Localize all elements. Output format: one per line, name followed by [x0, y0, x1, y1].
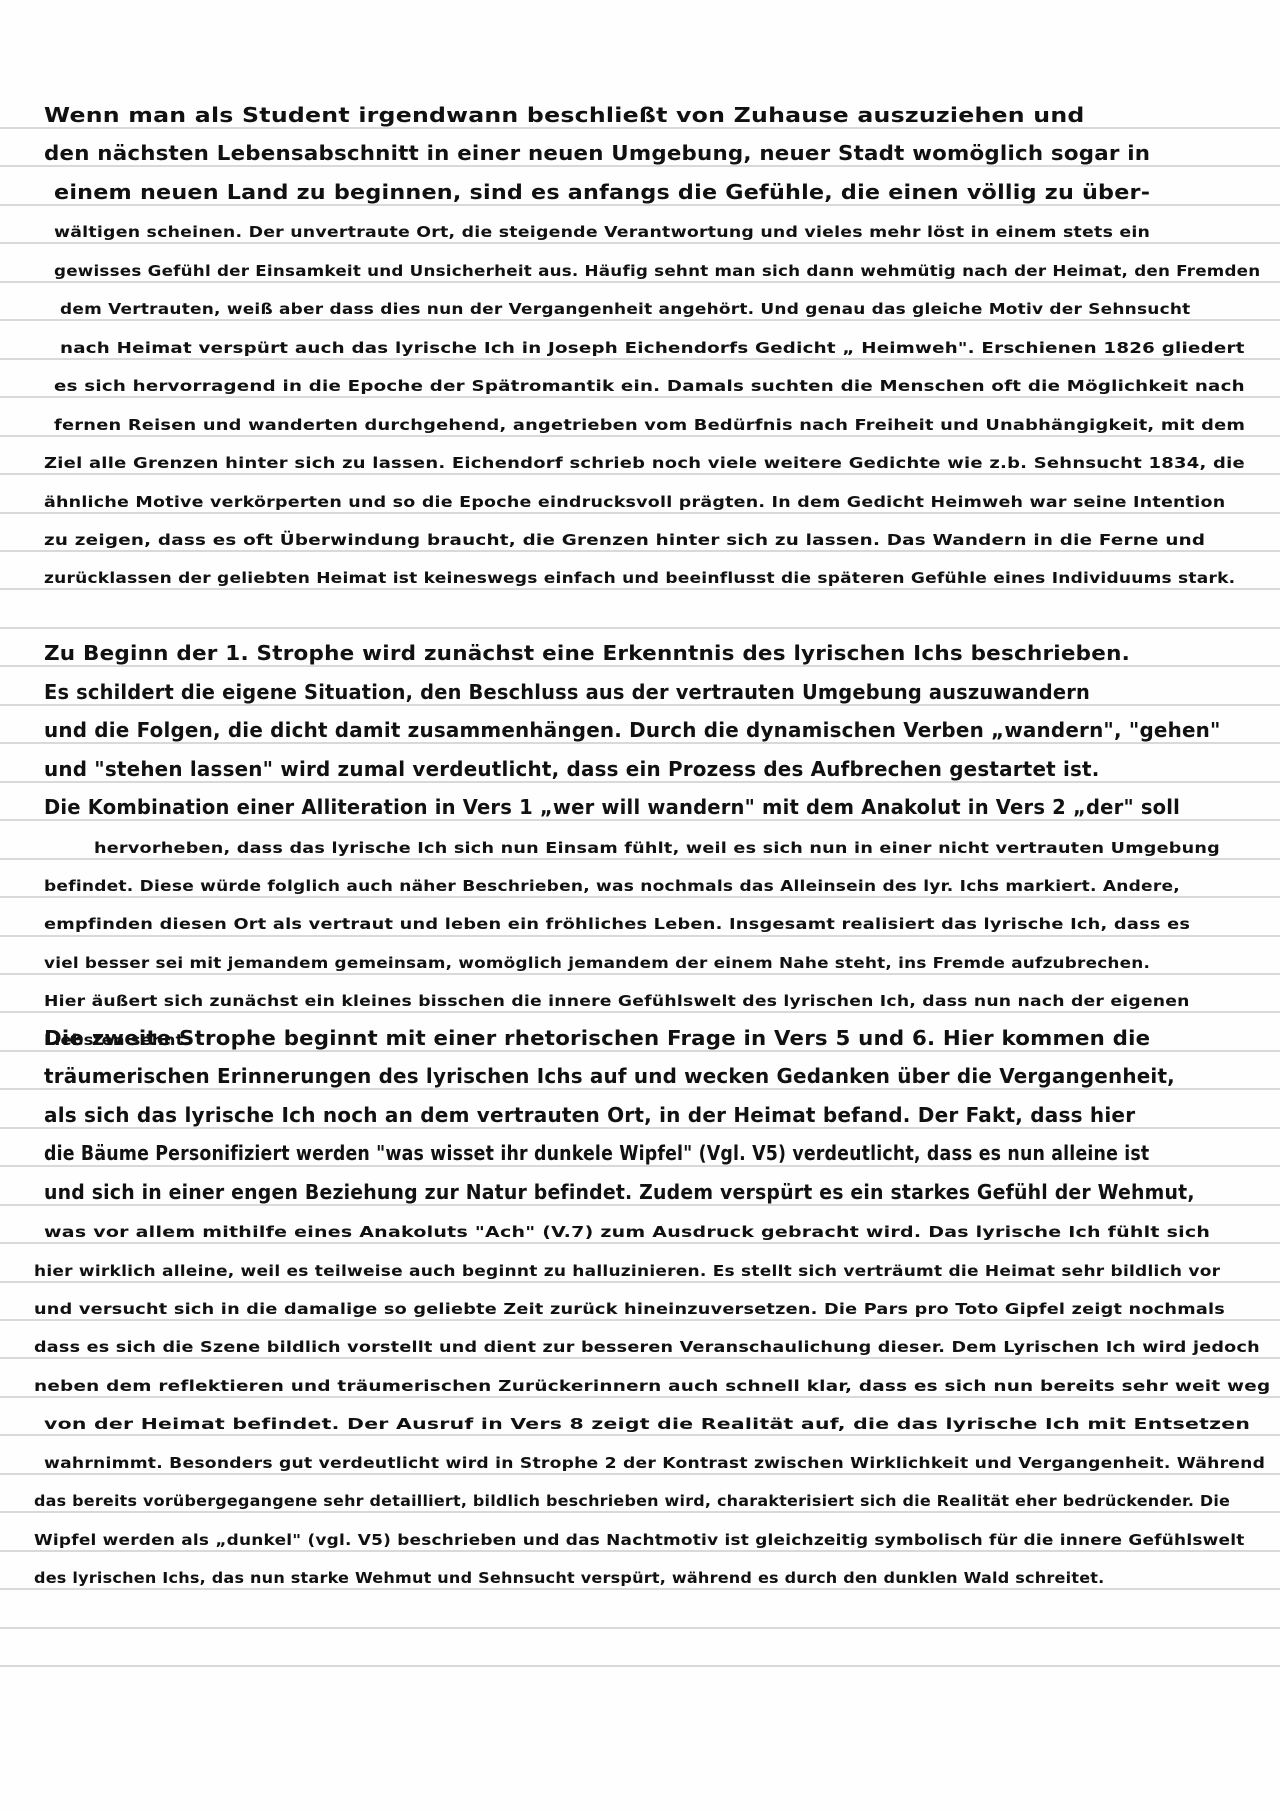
essay-line: die Bäume Personifiziert werden "was wis… [44, 1143, 1149, 1163]
ruled-line [0, 1050, 1280, 1052]
ruled-line [0, 281, 1280, 283]
ruled-line [0, 742, 1280, 744]
essay-line: und versucht sich in die damalige so gel… [34, 1302, 1225, 1317]
ruled-line [0, 204, 1280, 206]
ruled-line [0, 627, 1280, 629]
ruled-line [0, 973, 1280, 975]
essay-line: es sich hervorragend in die Epoche der S… [54, 379, 1245, 394]
ruled-line [0, 435, 1280, 437]
ruled-line [0, 165, 1280, 167]
essay-line: hier wirklich alleine, weil es teilweise… [34, 1264, 1220, 1279]
ruled-line [0, 358, 1280, 360]
notebook-page: Wenn man als Student irgendwann beschlie… [0, 0, 1280, 1811]
ruled-line [0, 242, 1280, 244]
essay-line: befindet. Diese würde folglich auch nähe… [44, 879, 1180, 894]
ruled-line [0, 1434, 1280, 1436]
ruled-line [0, 127, 1280, 129]
essay-line: fernen Reisen und wanderten durchgehend,… [54, 418, 1245, 433]
ruled-line [0, 1011, 1280, 1013]
essay-line: Ziel alle Grenzen hinter sich zu lassen.… [44, 456, 1245, 471]
ruled-line [0, 396, 1280, 398]
ruled-line [0, 588, 1280, 590]
essay-line: und sich in einer engen Beziehung zur Na… [44, 1182, 1195, 1202]
ruled-line [0, 1088, 1280, 1090]
essay-line: viel besser sei mit jemandem gemeinsam, … [44, 956, 1150, 971]
essay-line: Die zweite Strophe beginnt mit einer rhe… [44, 1028, 1150, 1048]
ruled-line [0, 896, 1280, 898]
ruled-line [0, 1627, 1280, 1629]
essay-line: des lyrischen Ichs, das nun starke Wehmu… [34, 1571, 1105, 1586]
ruled-line [0, 1473, 1280, 1475]
ruled-line [0, 512, 1280, 514]
essay-line: nach Heimat verspürt auch das lyrische I… [60, 341, 1245, 356]
essay-line: dem Vertrauten, weiß aber dass dies nun … [60, 302, 1190, 317]
ruled-line [0, 1511, 1280, 1513]
essay-line: Zu Beginn der 1. Strophe wird zunächst e… [44, 643, 1130, 663]
ruled-line [0, 781, 1280, 783]
ruled-line [0, 665, 1280, 667]
ruled-line [0, 935, 1280, 937]
essay-line: zu zeigen, dass es oft Überwindung brauc… [44, 533, 1205, 548]
essay-line: den nächsten Lebensabschnitt in einer ne… [44, 143, 1150, 163]
ruled-line [0, 1127, 1280, 1129]
ruled-line [0, 1204, 1280, 1206]
essay-line: empfinden diesen Ort als vertraut und le… [44, 917, 1190, 932]
ruled-line [0, 1588, 1280, 1590]
essay-line: und die Folgen, die dicht damit zusammen… [44, 720, 1221, 740]
essay-line: hervorheben, dass das lyrische Ich sich … [94, 841, 1220, 856]
essay-line: Wenn man als Student irgendwann beschlie… [44, 105, 1085, 125]
essay-line: träumerischen Erinnerungen des lyrischen… [44, 1066, 1175, 1086]
essay-line: Wipfel werden als „dunkel" (vgl. V5) bes… [34, 1533, 1245, 1548]
ruled-line [0, 819, 1280, 821]
ruled-line [0, 858, 1280, 860]
ruled-line [0, 704, 1280, 706]
ruled-line [0, 1165, 1280, 1167]
ruled-line [0, 1357, 1280, 1359]
essay-line: wahrnimmt. Besonders gut verdeutlicht wi… [44, 1456, 1265, 1471]
essay-line: was vor allem mithilfe eines Anakoluts "… [44, 1225, 1210, 1240]
ruled-line [0, 1550, 1280, 1552]
ruled-line [0, 1319, 1280, 1321]
essay-line: gewisses Gefühl der Einsamkeit und Unsic… [54, 264, 1260, 279]
ruled-line [0, 1396, 1280, 1398]
essay-line: und "stehen lassen" wird zumal verdeutli… [44, 759, 1100, 779]
essay-line: dass es sich die Szene bildlich vorstell… [34, 1340, 1260, 1355]
essay-line: von der Heimat befindet. Der Ausruf in V… [44, 1417, 1250, 1432]
essay-line: wältigen scheinen. Der unvertraute Ort, … [54, 225, 1150, 240]
ruled-line [0, 550, 1280, 552]
ruled-line [0, 473, 1280, 475]
ruled-line [0, 319, 1280, 321]
essay-line: ähnliche Motive verkörperten und so die … [44, 495, 1225, 510]
ruled-line [0, 1281, 1280, 1283]
essay-line: als sich das lyrische Ich noch an dem ve… [44, 1105, 1135, 1125]
essay-line: Die Kombination einer Alliteration in Ve… [44, 797, 1180, 817]
ruled-line [0, 1665, 1280, 1667]
essay-line: einem neuen Land zu beginnen, sind es an… [54, 182, 1150, 202]
essay-line: Es schildert die eigene Situation, den B… [44, 682, 1090, 702]
ruled-line [0, 1242, 1280, 1244]
essay-line: zurücklassen der geliebten Heimat ist ke… [44, 571, 1235, 586]
essay-line: neben dem reflektieren und träumerischen… [34, 1379, 1270, 1394]
essay-line: Hier äußert sich zunächst ein kleines bi… [44, 994, 1190, 1009]
essay-line: das bereits vorübergegangene sehr detail… [34, 1494, 1230, 1509]
